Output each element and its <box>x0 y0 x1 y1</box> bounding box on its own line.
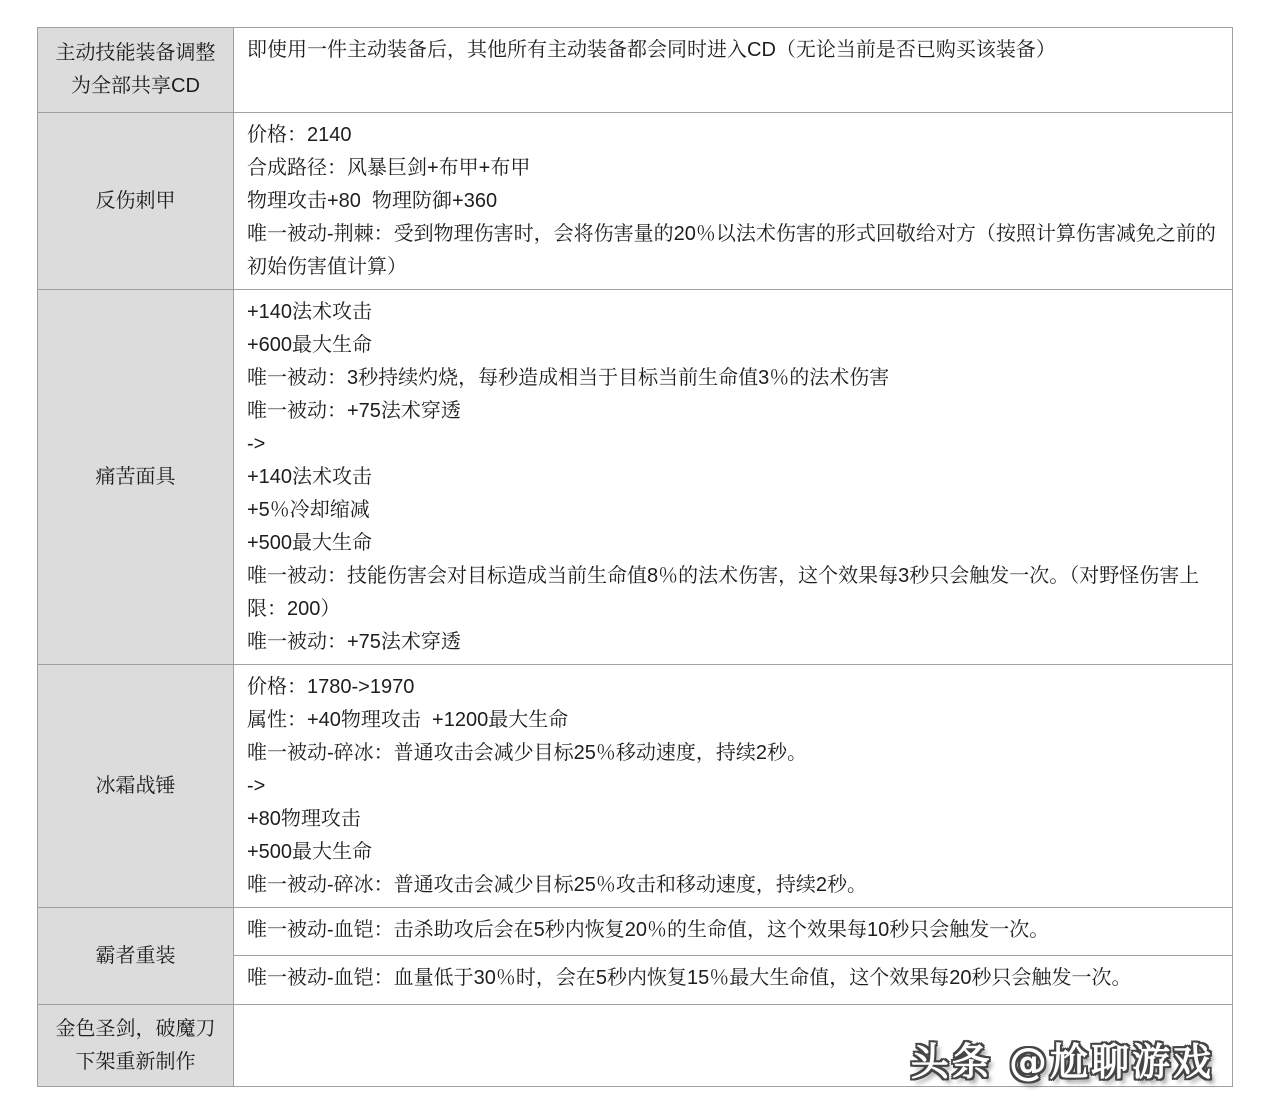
detail-line: 唯一被动：技能伤害会对目标造成当前生命值8％的法术伤害，这个效果每3秒只会触发一… <box>247 560 1218 626</box>
table-row: 反伤刺甲 价格：2140 合成路径：风暴巨剑+布甲+布甲 物理攻击+80 物理防… <box>38 113 1233 290</box>
detail-cell: 即使用一件主动装备后，其他所有主动装备都会同时进入CD（无论当前是否已购买该装备… <box>234 28 1233 113</box>
detail-line: 价格：1780->1970 <box>247 671 1218 704</box>
detail-line: -> <box>247 428 1218 461</box>
detail-line: +5％冷却缩减 <box>247 494 1218 527</box>
item-name-line: 冰霜战锤 <box>46 770 225 803</box>
detail-line: 物理攻击+80 物理防御+360 <box>247 185 1218 218</box>
detail-line: 唯一被动-碎冰：普通攻击会减少目标25％移动速度，持续2秒。 <box>247 737 1218 770</box>
detail-line: 价格：2140 <box>247 119 1218 152</box>
item-name-line: 主动技能装备调整 <box>46 37 225 70</box>
item-name-line: 痛苦面具 <box>46 461 225 494</box>
item-name-cell: 反伤刺甲 <box>38 113 234 290</box>
detail-cell: 唯一被动-血铠：血量低于30％时，会在5秒内恢复15％最大生命值，这个效果每20… <box>234 956 1233 1005</box>
item-name-line: 下架重新制作 <box>46 1046 225 1079</box>
detail-line: 唯一被动-碎冰：普通攻击会减少目标25％攻击和移动速度，持续2秒。 <box>247 869 1218 902</box>
detail-line: 唯一被动-血铠：击杀助攻后会在5秒内恢复20％的生命值，这个效果每10秒只会触发… <box>247 914 1218 947</box>
item-name-cell: 霸者重装 <box>38 908 234 1005</box>
detail-line: 唯一被动：+75法术穿透 <box>247 395 1218 428</box>
item-name-line: 反伤刺甲 <box>46 185 225 218</box>
toutiao-watermark: 头条 @尬聊游戏 <box>911 1031 1214 1086</box>
detail-line: 唯一被动-荆棘：受到物理伤害时，会将伤害量的20％以法术伤害的形式回敬给对方（按… <box>247 218 1218 284</box>
detail-cell: 唯一被动-血铠：击杀助攻后会在5秒内恢复20％的生命值，这个效果每10秒只会触发… <box>234 908 1233 956</box>
detail-cell: 价格：2140 合成路径：风暴巨剑+布甲+布甲 物理攻击+80 物理防御+360… <box>234 113 1233 290</box>
detail-line: +500最大生命 <box>247 836 1218 869</box>
detail-line: 唯一被动：+75法术穿透 <box>247 626 1218 659</box>
detail-cell: +140法术攻击 +600最大生命 唯一被动：3秒持续灼烧，每秒造成相当于目标当… <box>234 290 1233 665</box>
detail-line: 合成路径：风暴巨剑+布甲+布甲 <box>247 152 1218 185</box>
detail-line: +80物理攻击 <box>247 803 1218 836</box>
detail-line: -> <box>247 770 1218 803</box>
table-row: 霸者重装 唯一被动-血铠：击杀助攻后会在5秒内恢复20％的生命值，这个效果每10… <box>38 908 1233 956</box>
detail-line: 属性：+40物理攻击 +1200最大生命 <box>247 704 1218 737</box>
detail-cell: 价格：1780->1970 属性：+40物理攻击 +1200最大生命 唯一被动-… <box>234 665 1233 908</box>
item-name-cell: 痛苦面具 <box>38 290 234 665</box>
detail-line: 唯一被动：3秒持续灼烧，每秒造成相当于目标当前生命值3％的法术伤害 <box>247 362 1218 395</box>
item-name-line: 金色圣剑，破魔刀 <box>46 1013 225 1046</box>
detail-line: +600最大生命 <box>247 329 1218 362</box>
table-row: 冰霜战锤 价格：1780->1970 属性：+40物理攻击 +1200最大生命 … <box>38 665 1233 908</box>
equipment-changes-table: 主动技能装备调整 为全部共享CD 即使用一件主动装备后，其他所有主动装备都会同时… <box>37 27 1233 1087</box>
table-row: 痛苦面具 +140法术攻击 +600最大生命 唯一被动：3秒持续灼烧，每秒造成相… <box>38 290 1233 665</box>
detail-line: +140法术攻击 <box>247 296 1218 329</box>
detail-line: +140法术攻击 <box>247 461 1218 494</box>
detail-line: 唯一被动-血铠：血量低于30％时，会在5秒内恢复15％最大生命值，这个效果每20… <box>247 962 1218 995</box>
item-name-line: 为全部共享CD <box>46 70 225 103</box>
item-name-cell: 金色圣剑，破魔刀 下架重新制作 <box>38 1005 234 1087</box>
item-name-cell: 主动技能装备调整 为全部共享CD <box>38 28 234 113</box>
detail-line: +500最大生命 <box>247 527 1218 560</box>
item-name-line: 霸者重装 <box>46 940 225 973</box>
item-name-cell: 冰霜战锤 <box>38 665 234 908</box>
table-row: 主动技能装备调整 为全部共享CD 即使用一件主动装备后，其他所有主动装备都会同时… <box>38 28 1233 113</box>
detail-line: 即使用一件主动装备后，其他所有主动装备都会同时进入CD（无论当前是否已购买该装备… <box>247 34 1218 67</box>
